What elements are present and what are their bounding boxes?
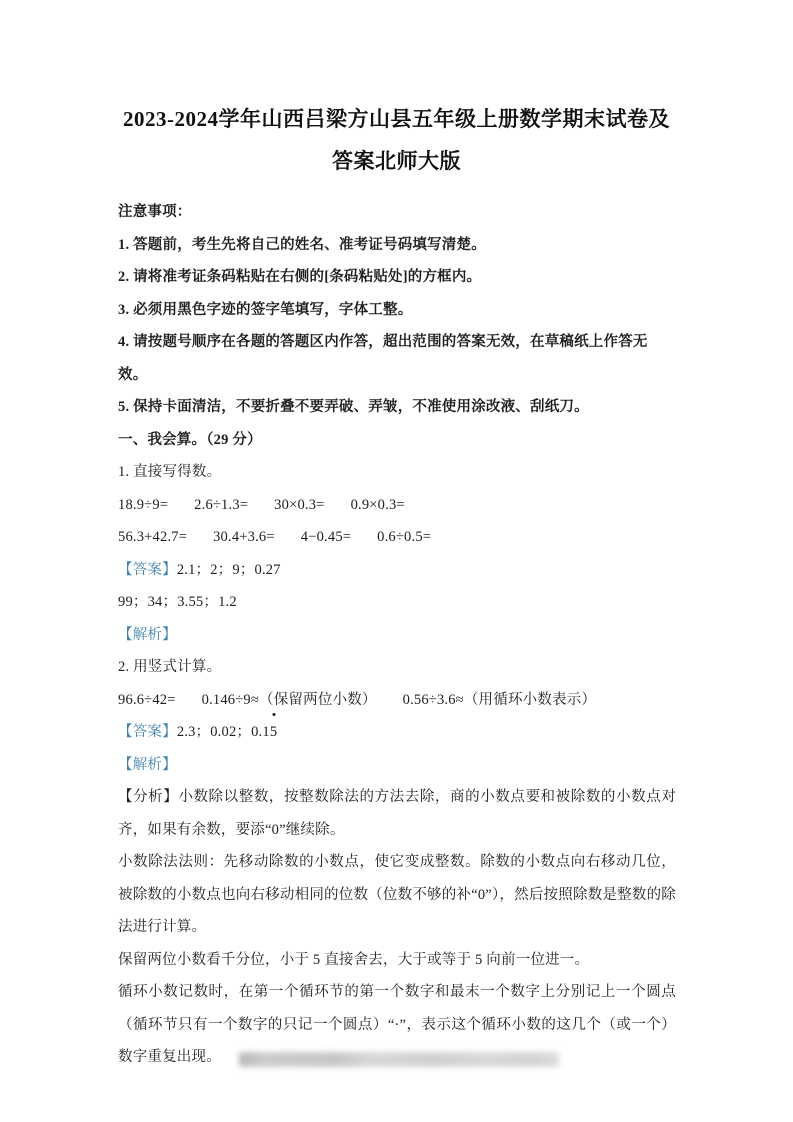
document-title-line-1: 2023-2024学年山西吕梁方山县五年级上册数学期末试卷及 [110,98,683,140]
section-1-heading: 一、我会算。（29 分） [118,424,676,457]
question-2-equations-row: 96.6÷42= 0.146÷9≈（保留两位小数） 0.56÷3.6≈（用循环小… [118,684,676,717]
notice-item-3: 3. 必须用黑色字迹的签字笔填写，字体工整。 [118,294,676,327]
equation: 30.4+3.6= [213,521,275,554]
equation: 2.6÷1.3= [194,489,248,522]
question-2-label: 2. 用竖式计算。 [118,651,676,684]
analysis-paragraph-1: 【分析】小数除以整数，按整数除法的方法去除，商的小数点要和被除数的小数点对齐，如… [118,781,676,846]
document-body: 注意事项： 1. 答题前，考生先将自己的姓名、准考证号码填写清楚。 2. 请将准… [118,196,676,1074]
blurred-watermark [239,1052,559,1067]
analysis-paragraph-2: 小数除法法则：先移动除数的小数点，使它变成整数。除数的小数点向右移动几位，被除数… [118,846,676,944]
analysis-label: 【解析】 [118,757,177,773]
repeating-decimal-digit: 5 [270,716,277,749]
question-1-equations-row-1: 18.9÷9= 2.6÷1.3= 30×0.3= 0.9×0.3= [118,489,676,522]
notice-item-2: 2. 请将准考证条码粘贴在右侧的[条码粘贴处]的方框内。 [118,261,676,294]
question-1-answer-line-2: 99；34；3.55；1.2 [118,586,676,619]
document-title-line-2: 答案北师大版 [110,140,683,182]
answer-label: 【答案】 [118,724,177,740]
equation: 0.6÷0.5= [377,521,431,554]
equation: 4−0.45= [301,521,351,554]
notice-item-5: 5. 保持卡面清洁，不要折叠不要弄破、弄皱，不准使用涂改液、刮纸刀。 [118,391,676,424]
question-2-analysis-label: 【解析】 [118,749,676,782]
equation: 96.6÷42= [118,684,176,717]
question-1-equations-row-2: 56.3+42.7= 30.4+3.6= 4−0.45= 0.6÷0.5= [118,521,676,554]
equation: 0.56÷3.6≈（用循环小数表示） [403,684,597,717]
analysis-label: 【解析】 [118,627,177,643]
equation: 56.3+42.7= [118,521,187,554]
equation: 18.9÷9= [118,489,168,522]
notice-item-1: 1. 答题前，考生先将自己的姓名、准考证号码填写清楚。 [118,229,676,262]
equation: 30×0.3= [274,489,324,522]
answer-values: 2.3；0.02；0.1 [177,724,270,740]
document-title: 2023-2024学年山西吕梁方山县五年级上册数学期末试卷及 答案北师大版 [0,0,793,182]
analysis-paragraph-3: 保留两位小数看千分位，小于 5 直接舍去，大于或等于 5 向前一位进一。 [118,944,676,977]
notice-heading: 注意事项： [118,196,676,229]
question-1-label: 1. 直接写得数。 [118,456,676,489]
equation: 0.146÷9≈（保留两位小数） [202,684,377,717]
question-2-answer-line: 【答案】2.3；0.02；0.15 [118,716,676,749]
question-1-answer-line-1: 【答案】2.1；2；9；0.27 [118,554,676,587]
answer-label: 【答案】 [118,562,177,578]
answer-values: 2.1；2；9；0.27 [177,562,281,578]
notice-item-4: 4. 请按题号顺序在各题的答题区内作答，超出范围的答案无效，在草稿纸上作答无效。 [118,326,676,391]
equation: 0.9×0.3= [351,489,405,522]
question-1-analysis-label: 【解析】 [118,619,676,652]
exam-document-page: 2023-2024学年山西吕梁方山县五年级上册数学期末试卷及 答案北师大版 注意… [0,0,793,1122]
